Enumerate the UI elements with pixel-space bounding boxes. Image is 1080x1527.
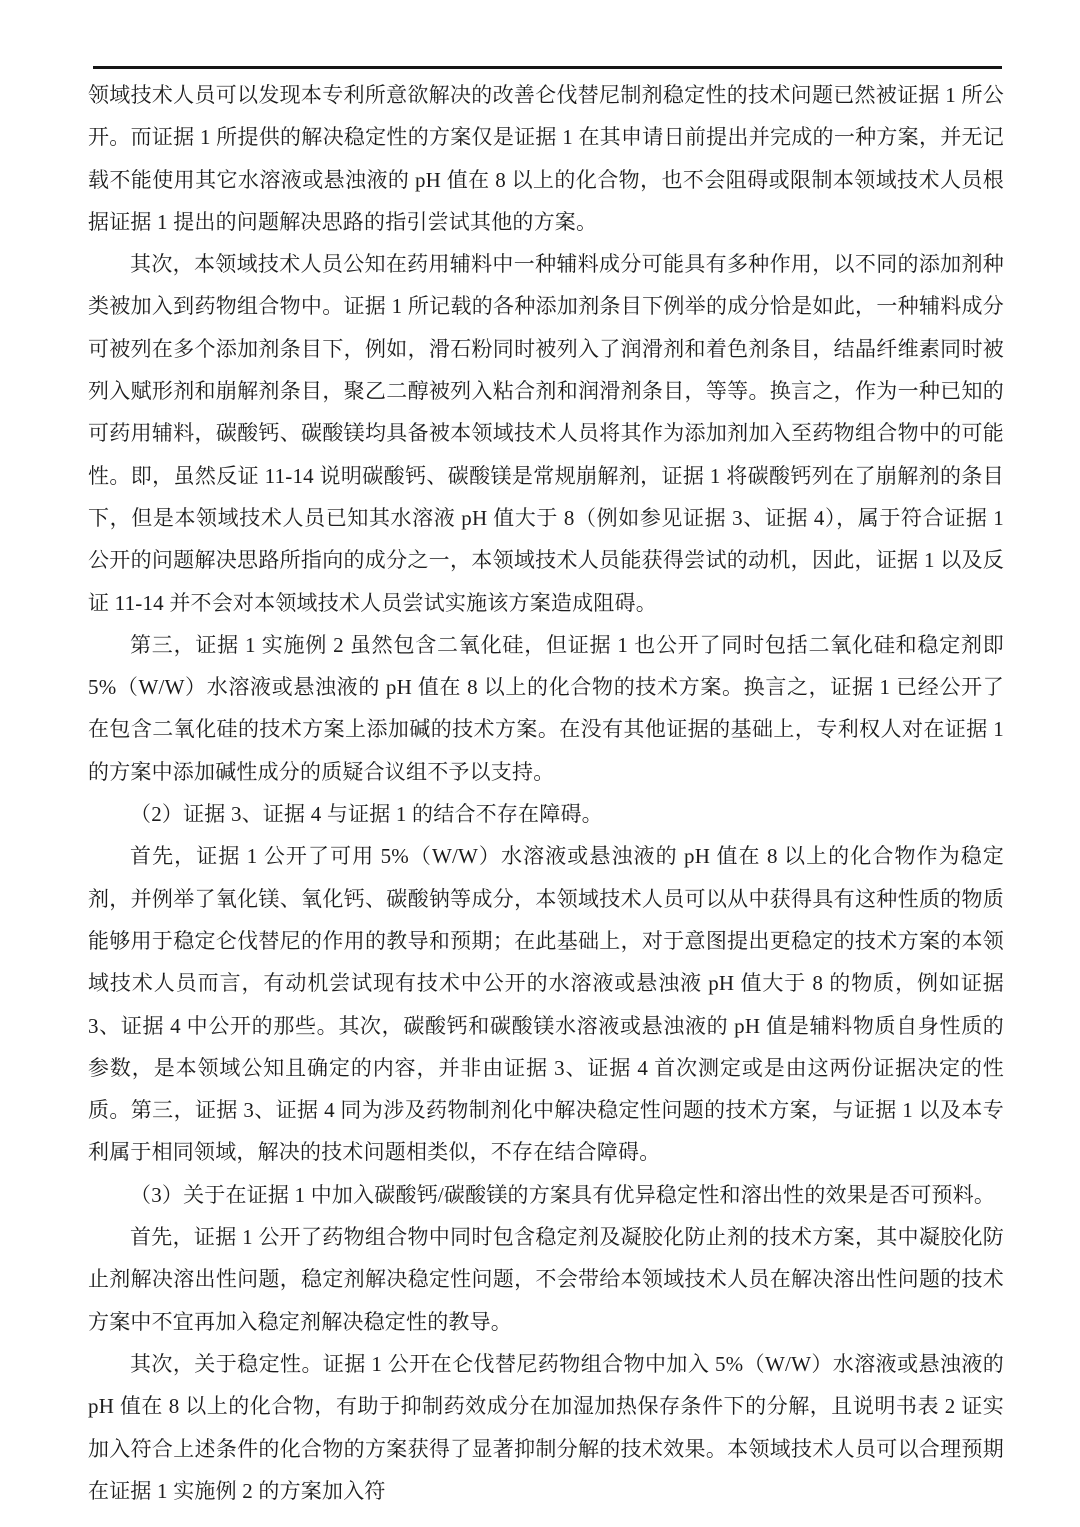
- numbered-subheading: （2）证据 3、证据 4 与证据 1 的结合不存在障碍。: [88, 793, 1004, 835]
- paragraph: 其次，关于稳定性。证据 1 公开在仑伐替尼药物组合物中加入 5%（W/W）水溶液…: [88, 1343, 1004, 1512]
- numbered-subheading: （3）关于在证据 1 中加入碳酸钙/碳酸镁的方案具有优异稳定性和溶出性的效果是否…: [88, 1174, 1004, 1216]
- document-page: 领域技术人员可以发现本专利所意欲解决的改善仑伐替尼制剂稳定性的技术问题已然被证据…: [0, 0, 1080, 1527]
- paragraph: 领域技术人员可以发现本专利所意欲解决的改善仑伐替尼制剂稳定性的技术问题已然被证据…: [88, 74, 1004, 243]
- paragraph: 其次，本领域技术人员公知在药用辅料中一种辅料成分可能具有多种作用，以不同的添加剂…: [88, 243, 1004, 624]
- document-body: 领域技术人员可以发现本专利所意欲解决的改善仑伐替尼制剂稳定性的技术问题已然被证据…: [88, 74, 1004, 1512]
- paragraph: 第三，证据 1 实施例 2 虽然包含二氧化硅，但证据 1 也公开了同时包括二氧化…: [88, 624, 1004, 793]
- header-divider-rule: [93, 66, 1002, 69]
- paragraph: 首先，证据 1 公开了可用 5%（W/W）水溶液或悬浊液的 pH 值在 8 以上…: [88, 835, 1004, 1173]
- paragraph: 首先，证据 1 公开了药物组合物中同时包含稳定剂及凝胶化防止剂的技术方案，其中凝…: [88, 1216, 1004, 1343]
